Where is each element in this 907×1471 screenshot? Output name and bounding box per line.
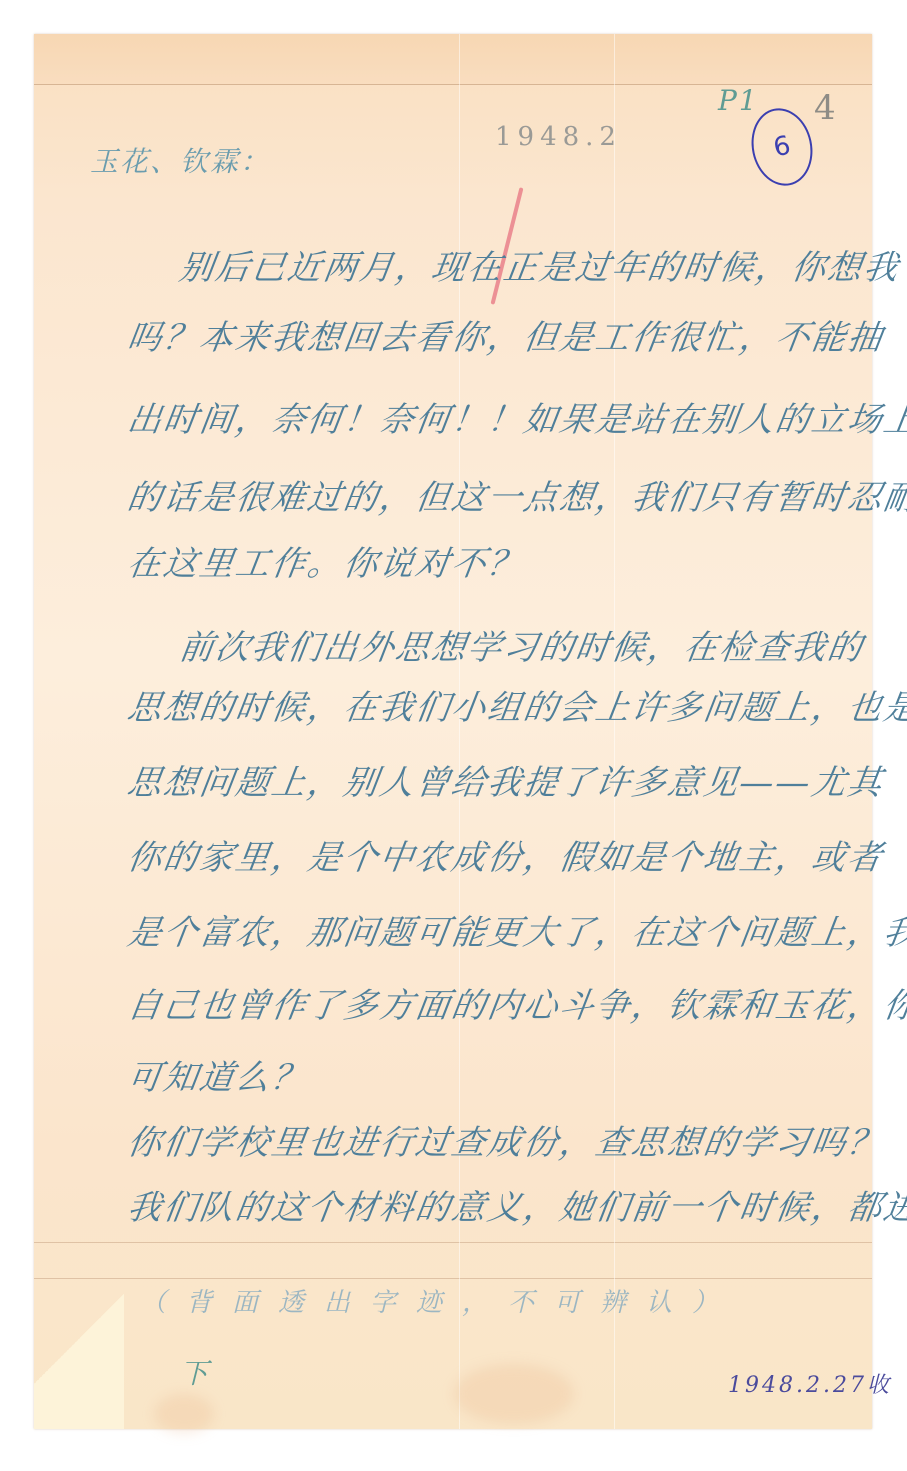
- body-line: 思想问题上，别人曾给我提了许多意见——尤其: [125, 755, 888, 804]
- body-line: 可知道么？: [125, 1050, 312, 1099]
- bleed-through-text: （背面透出字迹，不可辨认）: [140, 1282, 738, 1319]
- fold-line: [34, 1278, 872, 1279]
- body-line: 你们学校里也进行过查成份，查思想的学习吗？: [125, 1115, 888, 1164]
- pencil-year-annotation: 1948.2: [495, 122, 622, 152]
- salutation: 玉花、钦霖：: [90, 140, 270, 180]
- folded-corner: [34, 1249, 124, 1429]
- body-line: 我们队的这个材料的意义，她们前一个时候，都进: [125, 1180, 907, 1229]
- stain: [154, 1394, 214, 1434]
- body-line: 你的家里，是个中农成份，假如是个地主，或者: [125, 830, 888, 879]
- top-fold-strip: [34, 34, 872, 85]
- body-line: 思想的时候，在我们小组的会上许多问题上，也是我的: [125, 680, 907, 729]
- body-line: 别后已近两月，现在正是过年的时候，你想我: [177, 240, 904, 289]
- body-line: 吗？本来我想回去看你，但是工作很忙，不能抽: [125, 310, 888, 359]
- fold-line: [34, 1242, 872, 1243]
- body-line: 出时间，奈何！奈何！！如果是站在别人的立场上说: [125, 392, 907, 441]
- body-line: 自己也曾作了多方面的内心斗争，钦霖和玉花，你: [125, 978, 907, 1027]
- body-line: 的话是很难过的，但这一点想，我们只有暂时忍耐: [125, 470, 907, 519]
- circled-number: 6: [771, 131, 793, 164]
- bottom-mark: 下: [180, 1352, 210, 1392]
- body-line: 前次我们出外思想学习的时候，在检查我的: [177, 620, 868, 669]
- page-mark: P1: [718, 84, 759, 117]
- pencil-page-number: 4: [814, 88, 838, 128]
- stain: [454, 1364, 574, 1424]
- received-date: 1948.2.27收: [728, 1368, 892, 1399]
- body-line: 是个富农，那问题可能更大了，在这个问题上，我: [125, 905, 907, 954]
- body-line: 在这里工作。你说对不？: [125, 536, 528, 585]
